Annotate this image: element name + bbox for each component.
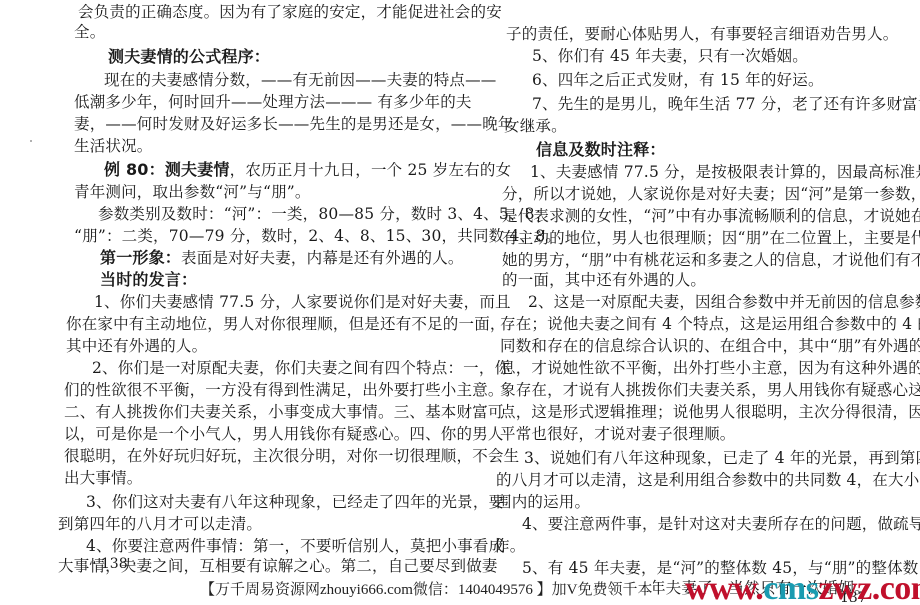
text-line: 二、有人挑拨你们夫妻关系，小事变成大事情。三、基本财富可 [64,402,504,422]
scan-speck [900,300,902,302]
text-line: 出大事情。 [64,468,143,488]
text-line: 3、你们这对夫妻有八年这种现象，已经走了四年的光景，要 [86,492,504,512]
text-line: 围内的运用。 [496,492,590,512]
text-line: 2、这是一对原配夫妻，因组合参数中并无前因的信息参数 [528,292,920,312]
text-line: 子的责任，要耐心体贴男人，有事要轻言细语劝告男人。 [506,24,899,44]
text-line: 4、要注意两件事，是针对这对夫妻所存在的问题，做疏导工 [522,514,920,534]
text-line: 例 80：测夫妻情，农历正月十九日，一个 25 岁左右的女 [104,160,511,180]
text-line: 点，这是形式逻辑推理；说他男人很聪明，主次分得很清，因她们 [500,402,920,422]
text-line: 以，可是你是一个小气人，男人用钱你有疑惑心。四、你的男人 [64,424,504,444]
text-line: 是代表求测的女性，“河”中有办事流畅顺利的信息，才说她在家 [502,206,920,226]
section-heading: 测夫妻情的公式程序： [108,47,270,67]
text-line: 第一形象：表面是对好夫妻，内幕是还有外遇的人。 [100,248,464,268]
text-line: 7、先生的是男儿，晚年生活 77 分，老了还有许多财富让儿 [532,94,920,114]
section-heading: 信息及数时注释： [536,140,666,160]
text-line: 生活状况。 [74,136,153,156]
text-line: 妻，——何时发财及好运多长——先生的是男还是女，——晚年 [74,114,514,134]
text-line: 1、夫妻感情 77.5 分，是按极限表计算的，因最高标准是 80 [530,162,920,182]
right-page: 子的责任，要耐心体贴男人，有事要轻言细语劝告男人。5、你们有 45 年夫妻，只有… [470,0,920,605]
text-line: 2、你们是一对原配夫妻，你们夫妻之间有四个特点：一，你 [92,358,510,378]
text-line: 全。 [74,22,105,42]
text-line: 同数和存在的信息综合认识的、在组合中，其中“朋”有外遇的信 [500,336,920,356]
scan-speck [30,140,32,142]
text-line: 女继承。 [504,116,567,136]
text-line: 作。 [494,536,525,556]
text-line: 你在家中有主动地位，男人对你很理顺，但是还有不足的一面， [66,314,506,334]
watermark-site-logo: www.cmszwz.com [685,570,920,605]
watermark-site-part1: www. [685,570,763,605]
inline-heading: 第一形象： [100,248,181,267]
text-line: 现在的夫妻感情分数，——有无前因——夫妻的特点—— [104,70,497,90]
text-line: 的一面，其中还有外遇的人。 [502,270,706,290]
text-line: 很聪明，在外好玩归好玩，主次很分明，对你一切很理顺，不会生 [64,446,519,466]
text-line: 她的男方，“朋”中有桃花运和多妻之人的信息，才说他们有不足 [502,250,920,270]
left-page: 会负责的正确态度。因为有了家庭的安定，才能促进社会的安全。测夫妻情的公式程序：现… [0,0,470,605]
left-page-number: · 138 · [92,556,137,572]
text-line: 4、你要注意两件事情：第一，不要听信别人，莫把小事看成 [86,536,504,556]
watermark-site-part3: zwz.com [818,570,920,605]
text-line: 的八月才可以走清，这是利用组合参数中的共同数 4，在大小范 [496,470,920,490]
text-line: 有主动的地位，男人也很理顺；因“朋”在二位置上，主要是代表 [502,228,920,248]
text-line: 6、四年之后正式发财，有 15 年的好运。 [532,70,824,90]
text-line: 到第四年的八月才可以走清。 [58,514,262,534]
text-line: 分，所以才说她，人家说你是对好夫妻；因“河”是第一参数，主要 [502,184,920,204]
text-line: 息，才说她性欲不平衡，出外打些小主意，因为有这种外遇的现 [500,358,920,378]
section-heading: 当时的发言： [100,270,197,290]
text-line: 会负责的正确态度。因为有了家庭的安定，才能促进社会的安 [78,2,502,22]
text-line: 青年测问，取出参数“河”与“朋”。 [74,182,311,202]
inline-heading: 例 80：测夫妻情 [104,160,230,179]
text-line: 1、你们夫妻感情 77.5 分，人家要说你们是对好夫妻，而且 [94,292,511,312]
watermark-banner: 【万千周易资源网zhouyi666.com微信：1404049576 】加V免费… [200,578,653,599]
text-line: 存在；说他夫妻之间有 4 个特点，这是运用组合参数中的 4 的共 [500,314,920,334]
watermark-site-part2: cms [763,570,818,605]
text-line: 5、你们有 45 年夫妻，只有一次婚姻。 [532,46,808,66]
text-line: 们的性欲很不平衡，一方没有得到性满足，出外要打些小主意。 [64,380,504,400]
text-line: 低潮多少年，何时回升——处理方法——— 有多少年的夫 [74,92,472,112]
text-line: 平常也很好，才说对妻子很理顺。 [500,424,736,444]
text-line: 象存在，才说有人挑拨你们夫妻关系，男人用钱你有疑惑心这两 [500,380,920,400]
scan-speck [560,320,562,322]
text-line: 3、说她们有八年这种现象，已走了 4 年的光景，再到第四年 [524,448,920,468]
text-line: 其中还有外遇的人。 [66,336,207,356]
